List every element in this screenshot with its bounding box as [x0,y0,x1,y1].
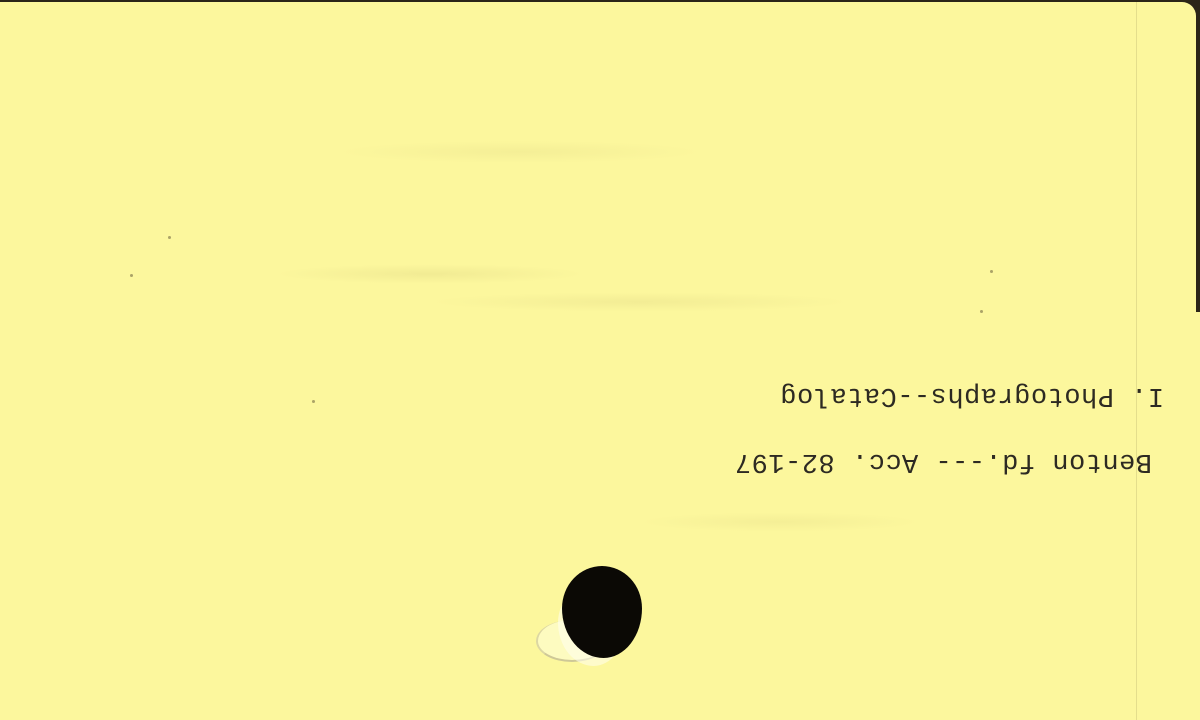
catalog-card: Benton fd.--- Acc. 82-197 I. Photographs… [0,2,1196,720]
punch-hole [562,566,642,658]
speck [312,400,315,403]
speck [980,310,983,313]
card-heading: Benton fd.--- Acc. 82-197 [734,446,1152,476]
card-right-edge [1194,312,1200,720]
speck [130,274,133,277]
speck [990,270,993,273]
card-subject-entry: I. Photographs--Catalog [780,380,1164,410]
speck [168,236,171,239]
